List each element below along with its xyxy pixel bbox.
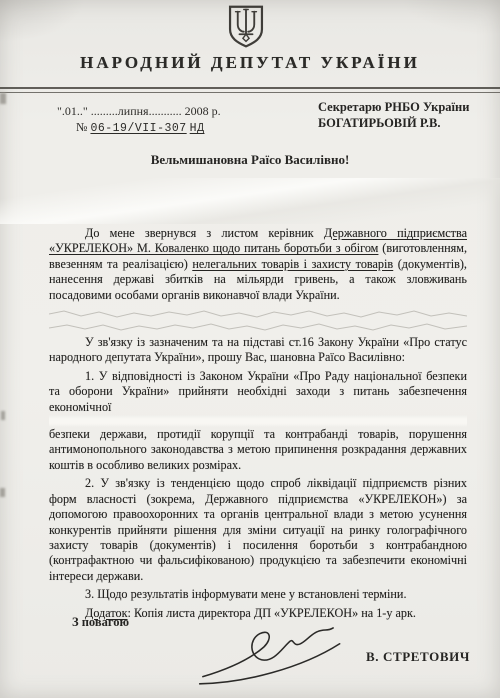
paragraph-appeal: У зв'язку із зазначеним та на підставі с… xyxy=(49,335,467,366)
letterhead-divider xyxy=(0,87,500,93)
document-number-suffix: НД xyxy=(190,122,205,135)
document-number-line: № 06-19/VII-307 НД xyxy=(76,120,204,135)
paragraph-item2: 2. У зв'язку із тенденцією щодо спроб лі… xyxy=(49,476,467,584)
paragraph-item1-start: 1. У відповідності із Законом України «П… xyxy=(49,369,467,415)
paragraph-item1-continued: безпеки держави, протидії корупції та ко… xyxy=(49,427,467,473)
scan-speck xyxy=(1,411,5,420)
addressee-name: БОГАТИРЬОВІЙ Р.В. xyxy=(318,115,469,131)
letter-body: До мене звернувся з листом керівник Держ… xyxy=(49,226,467,621)
scan-speck xyxy=(0,93,6,104)
signer-name: В. СТРЕТОВИЧ xyxy=(366,649,470,665)
date-line: ".01.." .........липня........... 2008 р… xyxy=(57,104,221,119)
closing-regards: З повагою xyxy=(72,615,129,630)
scanned-letter-page: НАРОДНИЙ ДЕПУТАТ УКРАЇНИ ".01.." .......… xyxy=(0,0,500,698)
salutation: Вельмишановна Раїсо Василівно! xyxy=(0,152,500,168)
scan-speck xyxy=(0,488,5,497)
coat-of-arms-trident-icon xyxy=(225,4,267,48)
addressee-block: Секретарю РНБО України БОГАТИРЬОВІЙ Р.В. xyxy=(318,99,469,131)
date-dots-right: ........... xyxy=(149,104,182,118)
date-month: липня xyxy=(118,104,149,118)
addressee-position: Секретарю РНБО України xyxy=(318,99,469,115)
number-sign: № xyxy=(76,120,87,134)
date-dots-left: ......... xyxy=(91,104,118,118)
scan-strip-gap xyxy=(49,415,467,427)
date-year: 2008 р. xyxy=(185,104,221,118)
scan-crease-artifact xyxy=(0,178,500,224)
paragraph-item3: 3. Щодо результатів інформувати мене у в… xyxy=(49,587,467,602)
paragraph-intro: До мене звернувся з листом керівник Держ… xyxy=(49,226,467,303)
letterhead-title: НАРОДНИЙ ДЕПУТАТ УКРАЇНИ xyxy=(0,53,500,73)
date-day: ".01.." xyxy=(57,104,88,118)
torn-strip-edge xyxy=(49,307,467,333)
document-number: 06-19/VII-307 xyxy=(90,122,186,135)
handwritten-signature-icon xyxy=(190,612,351,694)
